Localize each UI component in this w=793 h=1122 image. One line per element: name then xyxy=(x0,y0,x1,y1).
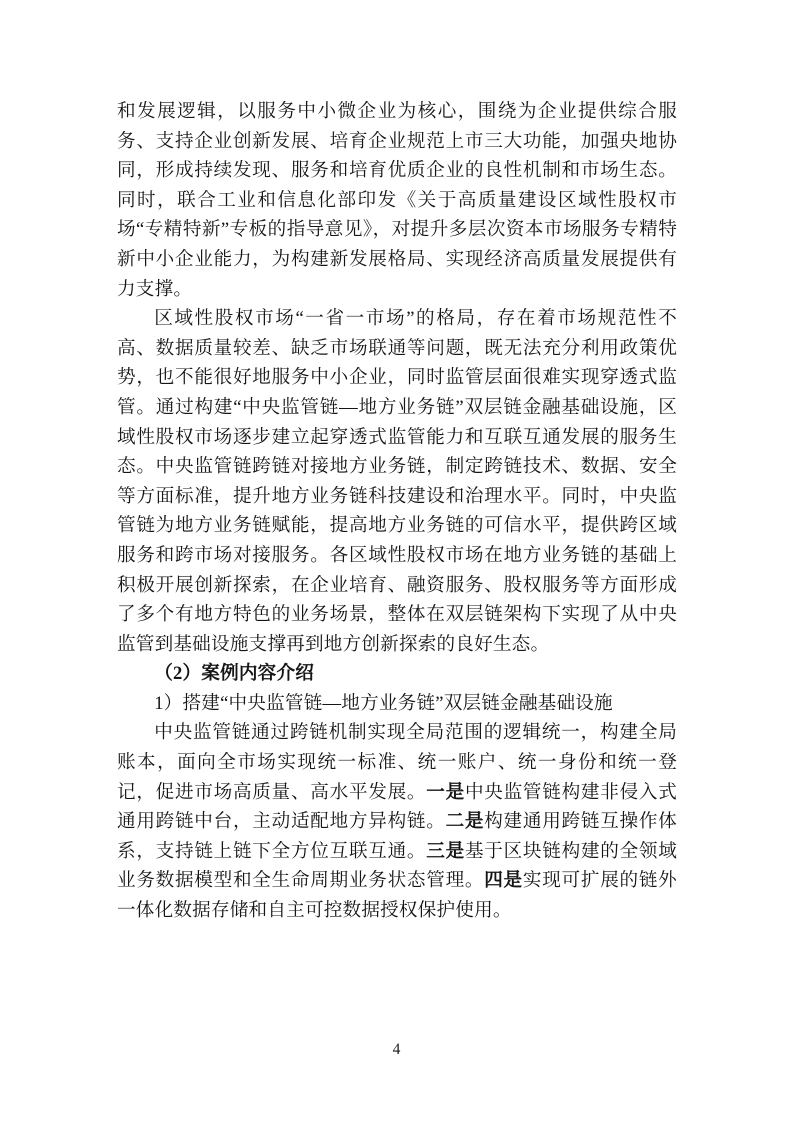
text-run: 1）搭建“中央监管链—地方业务链”双层链金融基础设施 xyxy=(154,693,613,714)
text-run: 区域性股权市场“一省一市场”的格局，存在着市场规范性不高、数据质量较差、缺乏市场… xyxy=(117,308,677,655)
paragraph: 1）搭建“中央监管链—地方业务链”双层链金融基础设施 xyxy=(117,689,677,719)
page-number: 4 xyxy=(0,1040,793,1060)
text-run: 和发展逻辑，以服务中小微企业为核心，围绕为企业提供综合服务、支持企业创新发展、培… xyxy=(117,101,677,300)
bold-text-run: 一是 xyxy=(426,782,465,803)
paragraph: 和发展逻辑，以服务中小微企业为核心，围绕为企业提供综合服务、支持企业创新发展、培… xyxy=(117,97,677,304)
section-heading: （2）案例内容介绍 xyxy=(117,659,677,689)
paragraph: 区域性股权市场“一省一市场”的格局，存在着市场规范性不高、数据质量较差、缺乏市场… xyxy=(117,304,677,659)
document-body: 和发展逻辑，以服务中小微企业为核心，围绕为企业提供综合服务、支持企业创新发展、培… xyxy=(117,97,677,926)
bold-text-run: 二是 xyxy=(446,811,485,832)
bold-text-run: 三是 xyxy=(426,841,465,862)
paragraph: 中央监管链通过跨链机制实现全局范围的逻辑统一，构建全局账本，面向全市场实现统一标… xyxy=(117,718,677,925)
document-page: 和发展逻辑，以服务中小微企业为核心，围绕为企业提供综合服务、支持企业创新发展、培… xyxy=(0,0,793,1122)
bold-text-run: 四是 xyxy=(484,870,523,891)
bold-text-run: （2）案例内容介绍 xyxy=(154,663,314,684)
